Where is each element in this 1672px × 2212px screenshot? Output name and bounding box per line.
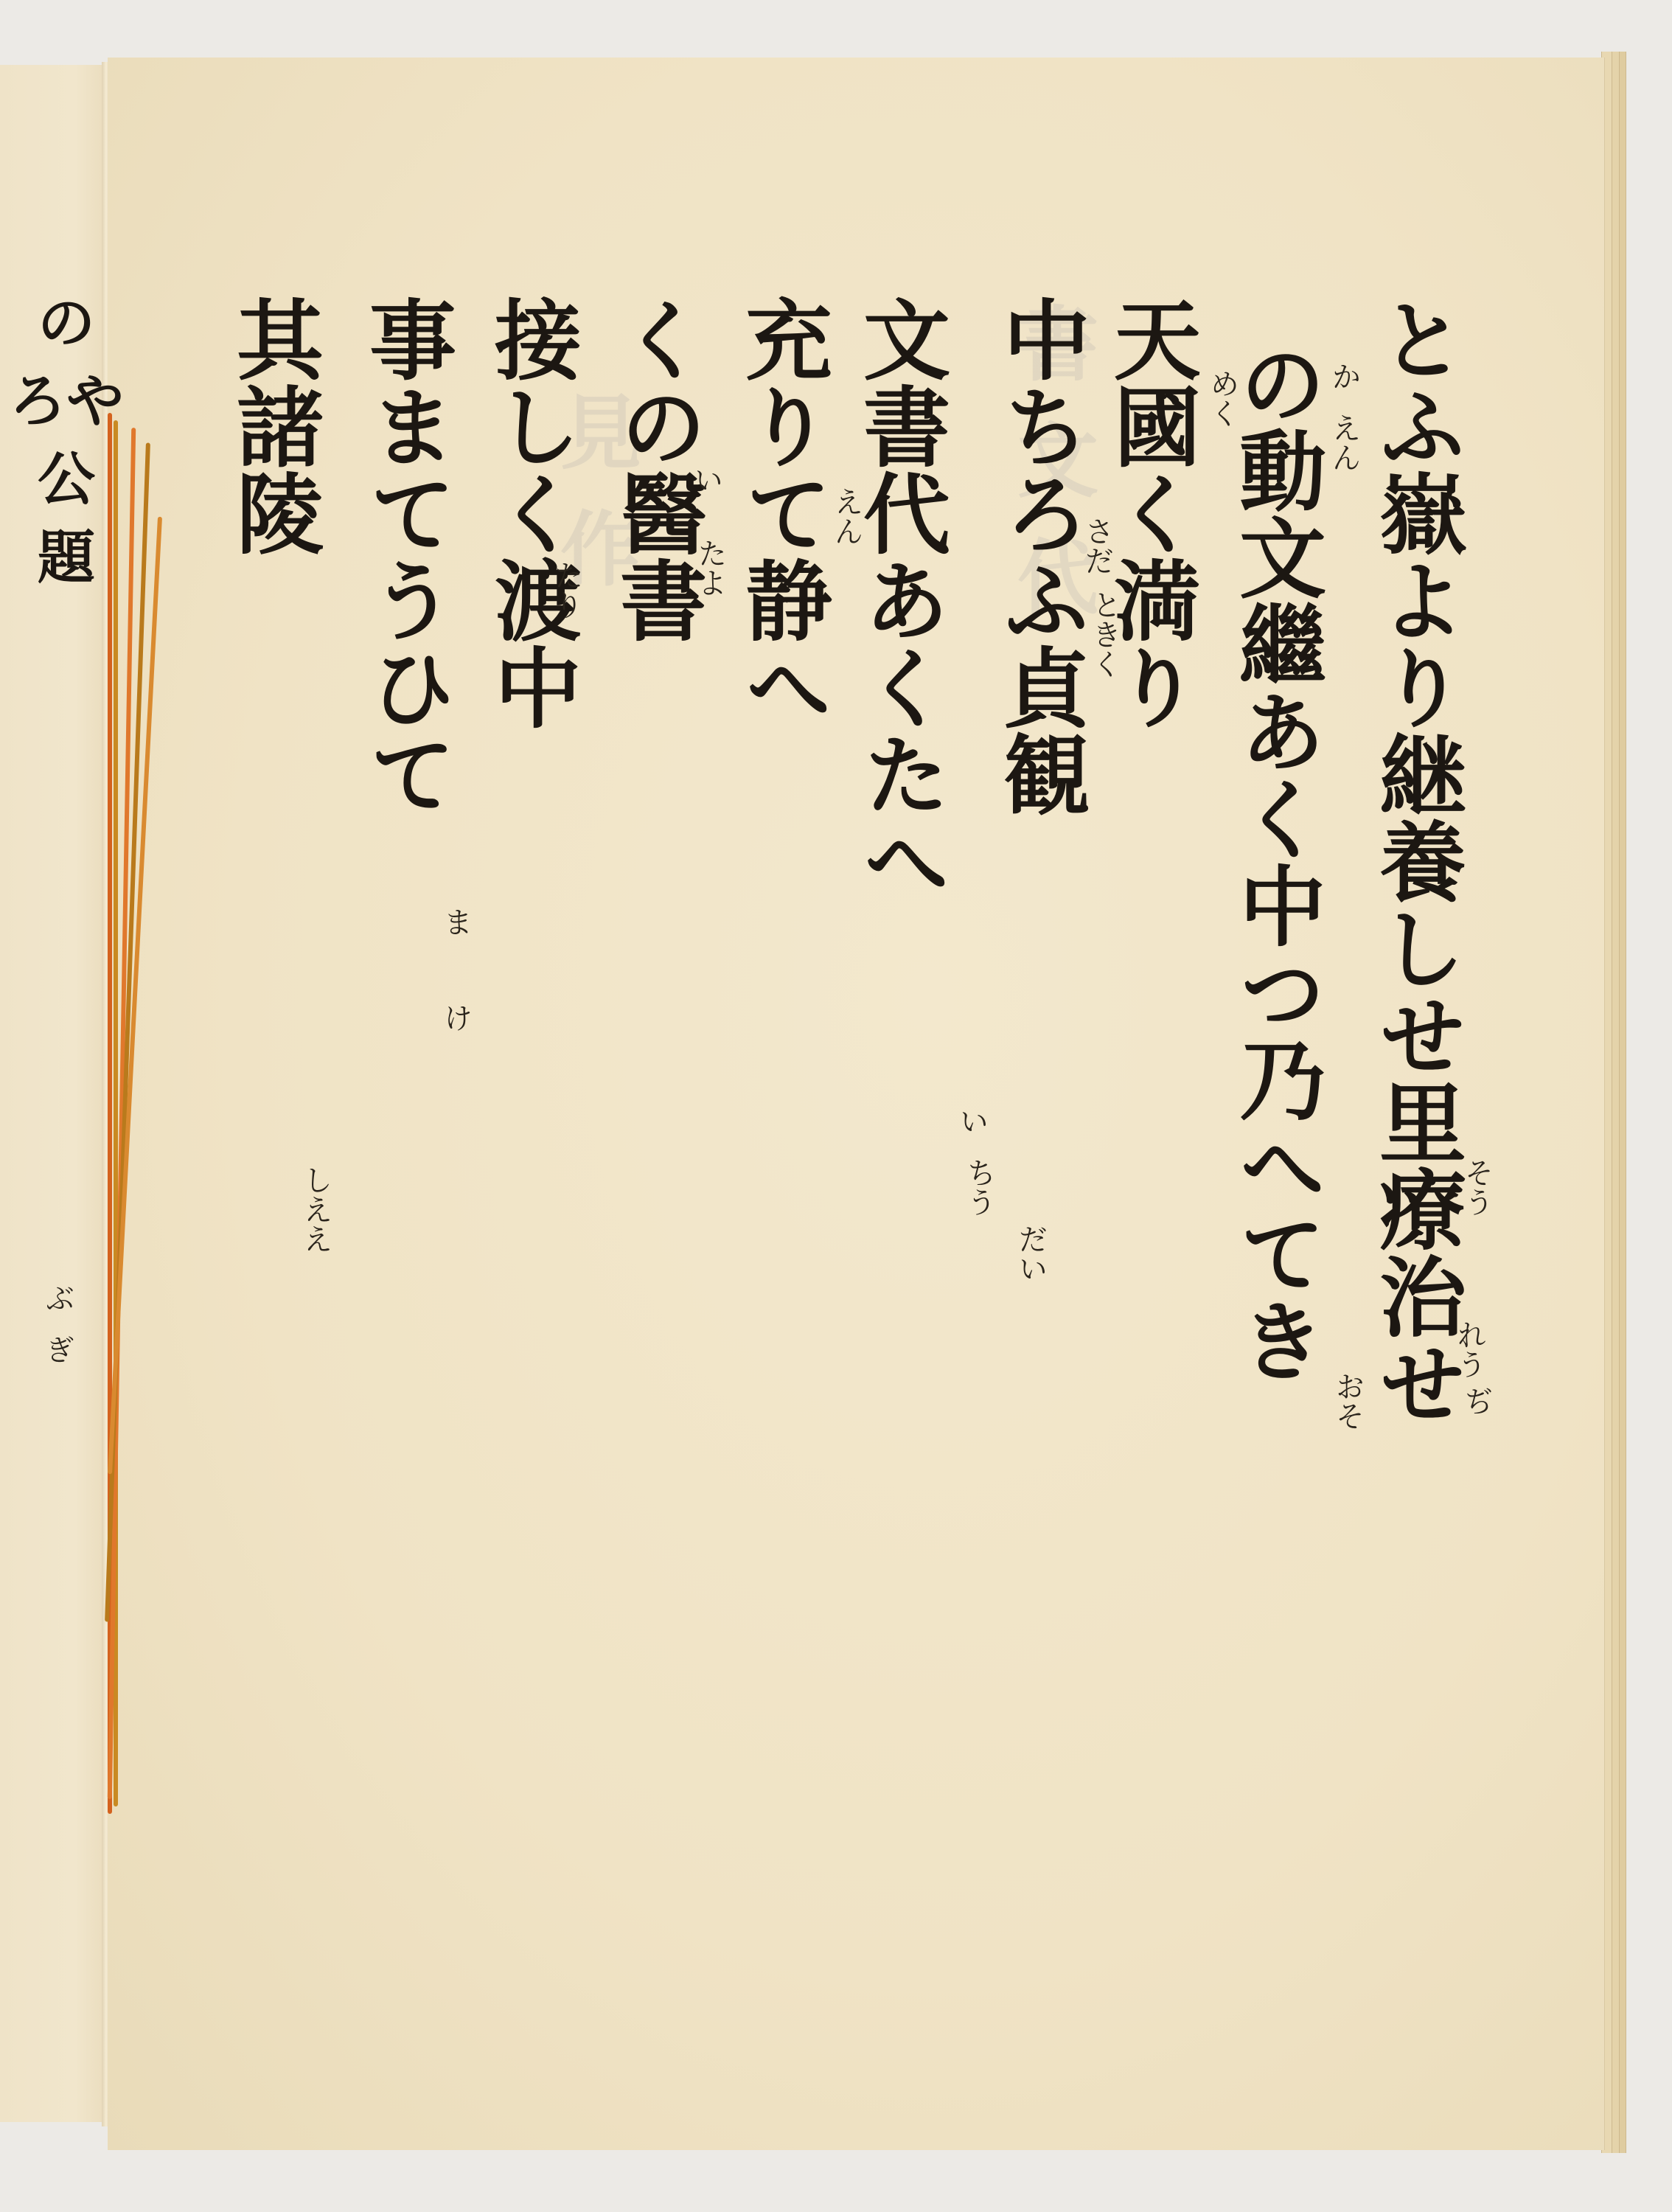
furigana: しええ xyxy=(295,1165,337,1253)
furigana: ちう xyxy=(958,1158,1000,1217)
column-text: 文書代あくたへ xyxy=(856,295,943,904)
left-page-column: の ろや 公 題 xyxy=(9,295,124,608)
text-column-10: 其諸陵 xyxy=(221,295,324,569)
furigana: い xyxy=(951,1106,993,1135)
text-column-5: 文書代あくたへ xyxy=(848,295,951,917)
column-text: の動文繼あく中つ乃へてき xyxy=(1232,339,1319,1383)
left-char: 公 xyxy=(38,451,95,509)
left-char: の xyxy=(38,295,95,352)
furigana: れう xyxy=(1449,1320,1491,1379)
left-char: ろや xyxy=(9,373,124,431)
left-furigana: ぎ xyxy=(37,1335,79,1364)
column-text: とふ嶽より継養しせ里療治せ xyxy=(1372,295,1459,1426)
furigana: えん xyxy=(1323,413,1365,472)
furigana: ぢ xyxy=(1456,1386,1498,1416)
furigana: だい xyxy=(1010,1224,1052,1283)
furigana: け xyxy=(435,1003,477,1032)
column-text: 中ちろふ貞観 xyxy=(996,295,1083,817)
furigana: おそ xyxy=(1327,1371,1369,1430)
text-column-4: 中ちろふ貞観 xyxy=(988,295,1091,830)
furigana: ときく xyxy=(1084,590,1126,678)
furigana: さだ xyxy=(1076,516,1118,575)
furigana: ま xyxy=(435,907,477,936)
page-stack-edge xyxy=(1619,52,1626,2153)
column-text: 接しく渡中 xyxy=(487,295,574,730)
text-column-2: の動文繼あく中つ乃へてき xyxy=(1224,339,1327,1397)
column-text: 其諸陵 xyxy=(229,295,316,556)
text-column-9: 事まてうひて xyxy=(354,295,457,830)
column-text: 充りて静へ xyxy=(738,295,825,730)
left-furigana: ぶ xyxy=(37,1283,79,1312)
furigana: たよ xyxy=(689,538,731,597)
furigana: えん xyxy=(826,487,868,546)
text-column-6: 充りて静へ xyxy=(730,295,833,743)
text-column-8: 接しく渡中 xyxy=(479,295,582,743)
furigana: そう xyxy=(1456,1158,1498,1217)
column-text: 事まてうひて xyxy=(362,295,449,817)
furigana: めく xyxy=(1202,369,1244,428)
furigana: い xyxy=(686,465,728,494)
furigana: たり xyxy=(546,560,588,619)
text-column-1: とふ嶽より継養しせ里療治せ xyxy=(1364,295,1467,1439)
furigana: か xyxy=(1323,361,1365,391)
left-char: 題 xyxy=(38,529,95,587)
